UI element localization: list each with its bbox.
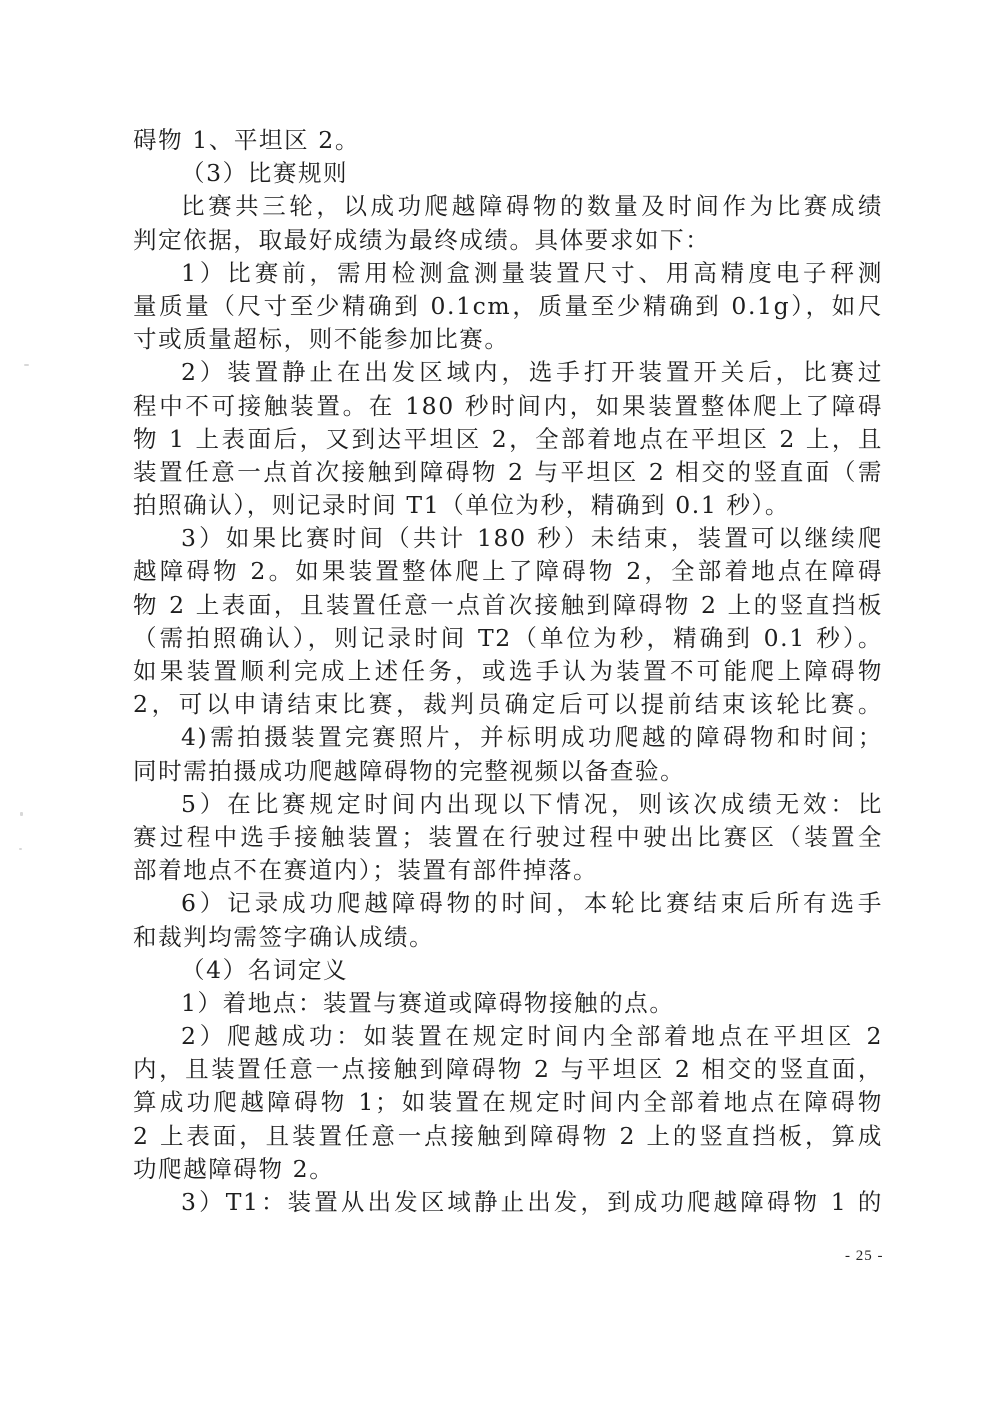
text-line: 如果装置顺利完成上述任务，或选手认为装置不可能爬上障碍物 bbox=[133, 655, 883, 688]
text-line: 判定依据，取最好成绩为最终成绩。具体要求如下： bbox=[133, 224, 883, 257]
text-line: 2，可以申请结束比赛，裁判员确定后可以提前结束该轮比赛。 bbox=[133, 688, 883, 721]
text-line: 部着地点不在赛道内）；装置有部件掉落。 bbox=[133, 854, 883, 887]
text-line: 3）T1：装置从出发区域静止出发，到成功爬越障碍物 1 的 bbox=[133, 1186, 883, 1219]
text-line: 比赛共三轮，以成功爬越障碍物的数量及时间作为比赛成绩 bbox=[133, 190, 883, 223]
text-line: 4)需拍摄装置完赛照片，并标明成功爬越的障碍物和时间； bbox=[133, 721, 883, 754]
text-line: 5）在比赛规定时间内出现以下情况，则该次成绩无效：比 bbox=[133, 788, 883, 821]
text-line: 1）比赛前，需用检测盒测量装置尺寸、用高精度电子秤测 bbox=[133, 257, 883, 290]
text-line: 碍物 1、平坦区 2。 bbox=[133, 124, 883, 157]
text-line: 程中不可接触装置。在 180 秒时间内，如果装置整体爬上了障碍 bbox=[133, 390, 883, 423]
text-line: 2）装置静止在出发区域内，选手打开装置开关后，比赛过 bbox=[133, 356, 883, 389]
text-line: 寸或质量超标，则不能参加比赛。 bbox=[133, 323, 883, 356]
body-text: 碍物 1、平坦区 2。（3）比赛规则比赛共三轮，以成功爬越障碍物的数量及时间作为… bbox=[133, 124, 883, 1219]
text-line: 同时需拍摄成功爬越障碍物的完整视频以备查验。 bbox=[133, 755, 883, 788]
text-line: 功爬越障碍物 2。 bbox=[133, 1153, 883, 1186]
text-line: 物 2 上表面，且装置任意一点首次接触到障碍物 2 上的竖直挡板 bbox=[133, 589, 883, 622]
document-page: 碍物 1、平坦区 2。（3）比赛规则比赛共三轮，以成功爬越障碍物的数量及时间作为… bbox=[0, 0, 1000, 1414]
text-line: 物 1 上表面后，又到达平坦区 2，全部着地点在平坦区 2 上，且 bbox=[133, 423, 883, 456]
text-line: 装置任意一点首次接触到障碍物 2 与平坦区 2 相交的竖直面（需 bbox=[133, 456, 883, 489]
page-number: - 25 - bbox=[845, 1248, 884, 1265]
text-line: （4）名词定义 bbox=[133, 954, 883, 987]
text-line: 算成功爬越障碍物 1；如装置在规定时间内全部着地点在障碍物 bbox=[133, 1086, 883, 1119]
text-line: （3）比赛规则 bbox=[133, 157, 883, 190]
text-line: 赛过程中选手接触装置；装置在行驶过程中驶出比赛区（装置全 bbox=[133, 821, 883, 854]
text-line: 拍照确认），则记录时间 T1（单位为秒，精确到 0.1 秒）。 bbox=[133, 489, 883, 522]
text-line: 1）着地点：装置与赛道或障碍物接触的点。 bbox=[133, 987, 883, 1020]
text-line: 3）如果比赛时间（共计 180 秒）未结束，装置可以继续爬 bbox=[133, 522, 883, 555]
scan-speck bbox=[19, 848, 22, 850]
scan-speck bbox=[24, 364, 29, 366]
text-line: 和裁判均需签字确认成绩。 bbox=[133, 921, 883, 954]
text-line: 内，且装置任意一点接触到障碍物 2 与平坦区 2 相交的竖直面， bbox=[133, 1053, 883, 1086]
text-line: 6）记录成功爬越障碍物的时间，本轮比赛结束后所有选手 bbox=[133, 887, 883, 920]
text-line: 2）爬越成功：如装置在规定时间内全部着地点在平坦区 2 bbox=[133, 1020, 883, 1053]
text-line: （需拍照确认），则记录时间 T2（单位为秒，精确到 0.1 秒）。 bbox=[133, 622, 883, 655]
text-line: 越障碍物 2。如果装置整体爬上了障碍物 2，全部着地点在障碍 bbox=[133, 555, 883, 588]
scan-speck bbox=[20, 812, 23, 816]
text-line: 量质量（尺寸至少精确到 0.1cm，质量至少精确到 0.1g），如尺 bbox=[133, 290, 883, 323]
text-line: 2 上表面，且装置任意一点接触到障碍物 2 上的竖直挡板，算成 bbox=[133, 1120, 883, 1153]
